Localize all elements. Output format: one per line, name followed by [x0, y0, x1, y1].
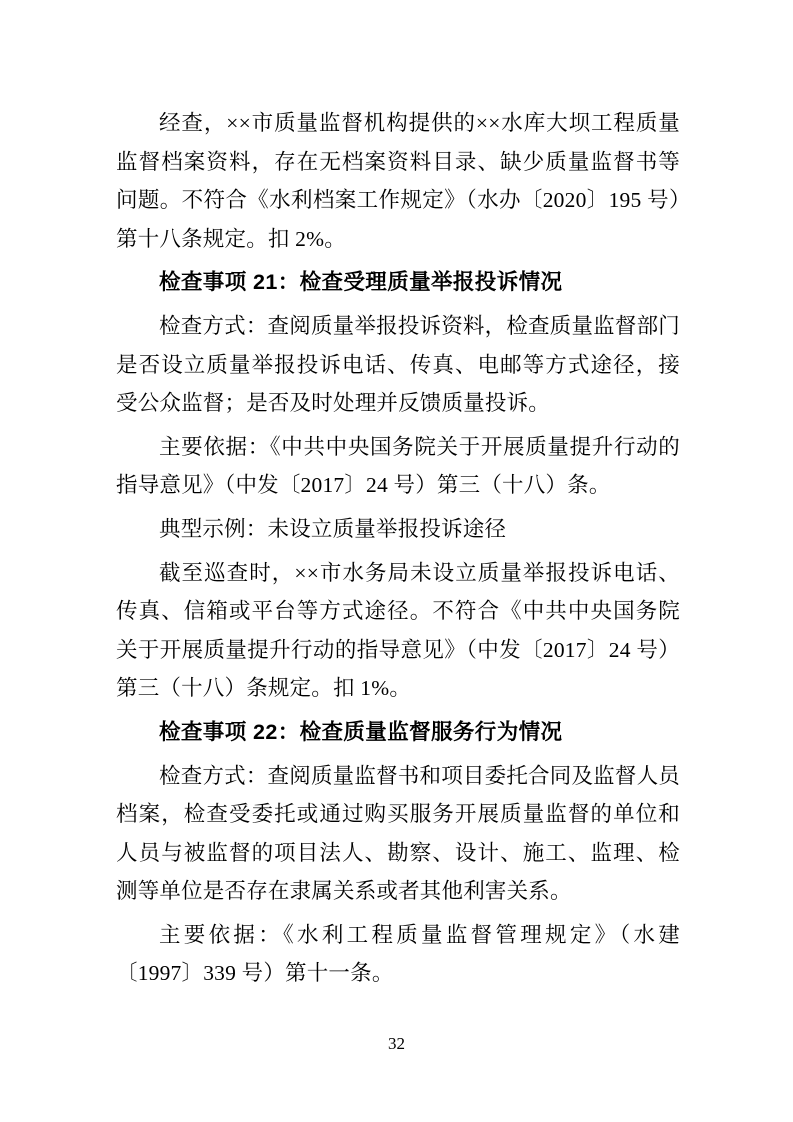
page-footer: 32: [0, 1032, 793, 1056]
paragraph-main-basis-22: 主要依据：《水利工程质量监督管理规定》（水建〔1997〕339 号）第十一条。: [116, 916, 680, 993]
paragraph-complaint-finding: 截至巡查时，××市水务局未设立质量举报投诉电话、传真、信箱或平台等方式途径。不符…: [116, 554, 680, 708]
document-page: 经查，××市质量监督机构提供的××水库大坝工程质量监督档案资料，存在无档案资料目…: [0, 0, 793, 1122]
heading-inspection-item-21: 检查事项 21：检查受理质量举报投诉情况: [116, 263, 680, 302]
paragraph-check-method-21: 检查方式：查阅质量举报投诉资料，检查质量监督部门是否设立质量举报投诉电话、传真、…: [116, 307, 680, 423]
heading-inspection-item-22: 检查事项 22：检查质量监督服务行为情况: [116, 713, 680, 752]
paragraph-check-method-22: 检查方式：查阅质量监督书和项目委托合同及监督人员档案，检查受委托或通过购买服务开…: [116, 757, 680, 911]
paragraph-archive-finding: 经查，××市质量监督机构提供的××水库大坝工程质量监督档案资料，存在无档案资料目…: [116, 104, 680, 258]
page-number: 32: [388, 1034, 405, 1053]
paragraph-main-basis-21: 主要依据：《中共中央国务院关于开展质量提升行动的指导意见》（中发〔2017〕24…: [116, 428, 680, 505]
paragraph-typical-example-21: 典型示例：未设立质量举报投诉途径: [116, 510, 680, 549]
document-body: 经查，××市质量监督机构提供的××水库大坝工程质量监督档案资料，存在无档案资料目…: [116, 104, 680, 998]
